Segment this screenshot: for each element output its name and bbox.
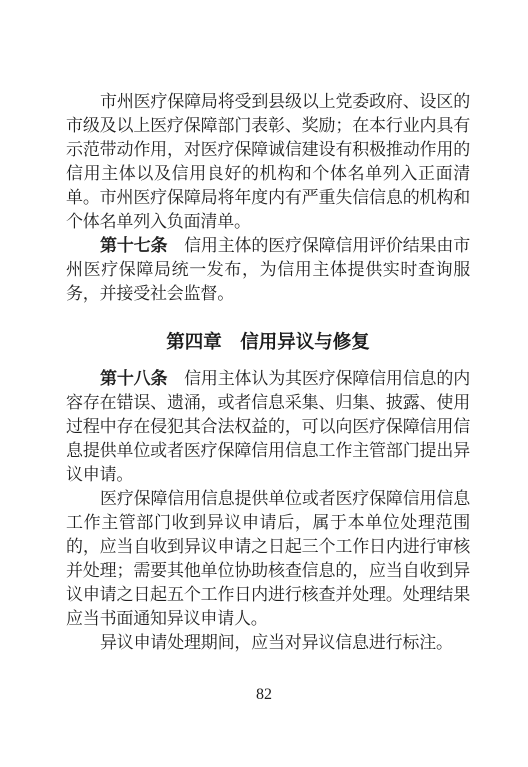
paragraph: 第十八条 信用主体认为其医疗保障信用信息的内容存在错误、遗涌，或者信息采集、归集… [66,367,470,487]
paragraph: 医疗保障信用信息提供单位或者医疗保障信用信息工作主管部门收到异议申请后，属于本单… [66,487,470,631]
article-number-bold-run: 第十八条 [100,369,167,388]
text-run: 医疗保障信用信息提供单位或者医疗保障信用信息工作主管部门收到异议申请后，属于本单… [66,489,470,628]
text-run: 市州医疗保障局将受到县级以上党委政府、设区的市级及以上医疗保障部门表彰、奖励；在… [66,92,470,231]
chapter-heading: 第四章 信用异议与修复 [66,331,470,355]
document-page: 市州医疗保障局将受到县级以上党委政府、设区的市级及以上医疗保障部门表彰、奖励；在… [0,0,528,767]
article-number-bold-run: 第四章 信用异议与修复 [166,333,370,353]
document-body: 市州医疗保障局将受到县级以上党委政府、设区的市级及以上医疗保障部门表彰、奖励；在… [66,90,470,655]
article-number-bold-run: 第十七条 [100,236,167,255]
paragraph: 异议申请处理期间，应当对异议信息进行标注。 [66,631,470,655]
page-number: 82 [0,686,528,704]
paragraph: 第十七条 信用主体的医疗保障信用评价结果由市州医疗保障局统一发布，为信用主体提供… [66,234,470,306]
text-run: 异议申请处理期间，应当对异议信息进行标注。 [100,633,453,652]
paragraph: 市州医疗保障局将受到县级以上党委政府、设区的市级及以上医疗保障部门表彰、奖励；在… [66,90,470,234]
